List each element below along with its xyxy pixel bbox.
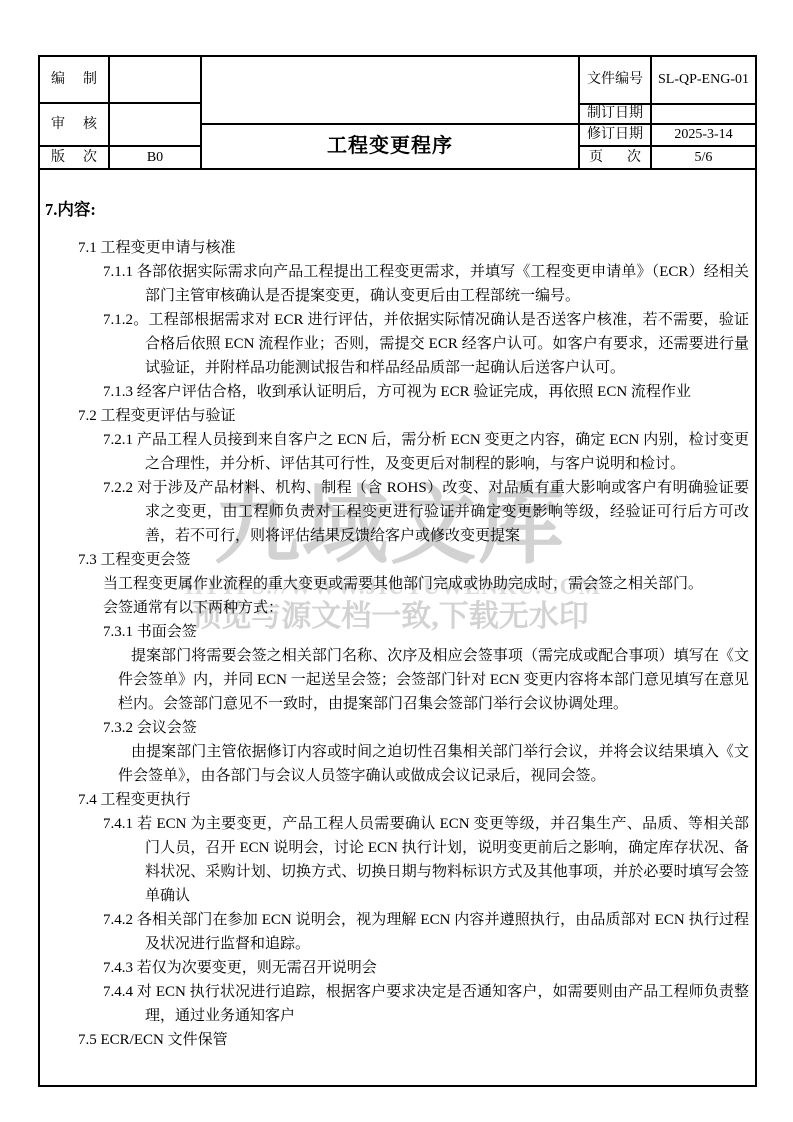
content-paragraph: 提案部门将需要会签之相关部门名称、次序及相应会签事项（需完成或配合事项）填写在《… bbox=[40, 644, 755, 716]
content-paragraph: 7.4.2 各相关部门在参加 ECN 说明会，视为理解 ECN 内容并遵照执行，… bbox=[40, 908, 755, 956]
label-revised-date: 修订日期 bbox=[580, 125, 650, 145]
section-heading: 7.内容: bbox=[40, 198, 755, 222]
content-paragraph: 7.1.1 各部依据实际需求向产品工程提出工程变更需求，并填写《工程变更申请单》… bbox=[40, 260, 755, 308]
content-paragraph: 由提案部门主管依据修订内容或时间之迫切性召集相关部门举行会议，并将会议结果填入《… bbox=[40, 740, 755, 788]
document-title: 工程变更程序 bbox=[202, 125, 578, 168]
content-paragraph: 7.2.2 对于涉及产品材料、机构、制程（含 ROHS）改变、对品质有重大影响或… bbox=[40, 476, 755, 548]
content-paragraph: 7.4.3 若仅为次要变更，则无需召开说明会 bbox=[40, 956, 755, 980]
content-paragraph: 7.1.2。工程部根据需求对 ECR 进行评估，并依据实际情况确认是否送客户核准… bbox=[40, 308, 755, 380]
content-paragraph: 7.3 工程变更会签 bbox=[40, 548, 755, 572]
value-reviewed-by bbox=[110, 104, 200, 145]
value-page-number: 5/6 bbox=[652, 147, 755, 168]
label-doc-number: 文件编号 bbox=[580, 57, 650, 103]
content-paragraph: 7.5 ECR/ECN 文件保管 bbox=[40, 1028, 755, 1052]
content-paragraph: 会签通常有以下两种方式： bbox=[40, 596, 755, 620]
document-border-box: 编 制 审 核 版 次 B0 工程变更程序 文件编号 SL-QP-ENG-01 … bbox=[38, 55, 757, 1087]
content-paragraph: 7.1.3 经客户评估合格，收到承认证明后，方可视为 ECR 验证完成，再依照 … bbox=[40, 380, 755, 404]
value-revised-date: 2025-3-14 bbox=[652, 125, 755, 145]
header-table: 编 制 审 核 版 次 B0 工程变更程序 文件编号 SL-QP-ENG-01 … bbox=[40, 57, 755, 168]
content-paragraph: 7.4.1 若 ECN 为主要变更，产品工程人员需要确认 ECN 变更等级，并召… bbox=[40, 812, 755, 908]
content-paragraph: 7.3.2 会议会签 bbox=[40, 716, 755, 740]
content-paragraph: 7.4 工程变更执行 bbox=[40, 788, 755, 812]
document-body: 7.内容: 7.1 工程变更申请与核准 7.1.1 各部依据实际需求向产品工程提… bbox=[40, 168, 755, 1089]
label-created-date: 制订日期 bbox=[580, 105, 650, 123]
content-paragraph: 当工程变更属作业流程的重大变更或需要其他部门完成或协助完成时，需会签之相关部门。 bbox=[40, 572, 755, 596]
label-page-number: 页 次 bbox=[580, 147, 650, 168]
content-paragraph: 7.3.1 书面会签 bbox=[40, 620, 755, 644]
label-prepared-by: 编 制 bbox=[40, 57, 108, 102]
content-paragraph: 7.2.1 产品工程人员接到来自客户之 ECN 后，需分析 ECN 变更之内容，… bbox=[40, 428, 755, 476]
label-reviewed-by: 审 核 bbox=[40, 104, 108, 145]
label-revision: 版 次 bbox=[40, 147, 108, 168]
content-paragraph: 7.2 工程变更评估与验证 bbox=[40, 404, 755, 428]
value-revision: B0 bbox=[110, 147, 200, 168]
value-doc-number: SL-QP-ENG-01 bbox=[652, 57, 755, 103]
content-paragraph: 7.1 工程变更申请与核准 bbox=[40, 236, 755, 260]
value-prepared-by bbox=[110, 57, 200, 102]
document-page: 九域文库 HTTPS://WWW.JIUYUWENKU.COM 预览与源文档一致… bbox=[0, 0, 793, 1122]
content-paragraph: 7.4.4 对 ECN 执行状况进行追踪，根据客户要求决定是否通知客户，如需要则… bbox=[40, 980, 755, 1028]
value-created-date bbox=[652, 105, 755, 123]
